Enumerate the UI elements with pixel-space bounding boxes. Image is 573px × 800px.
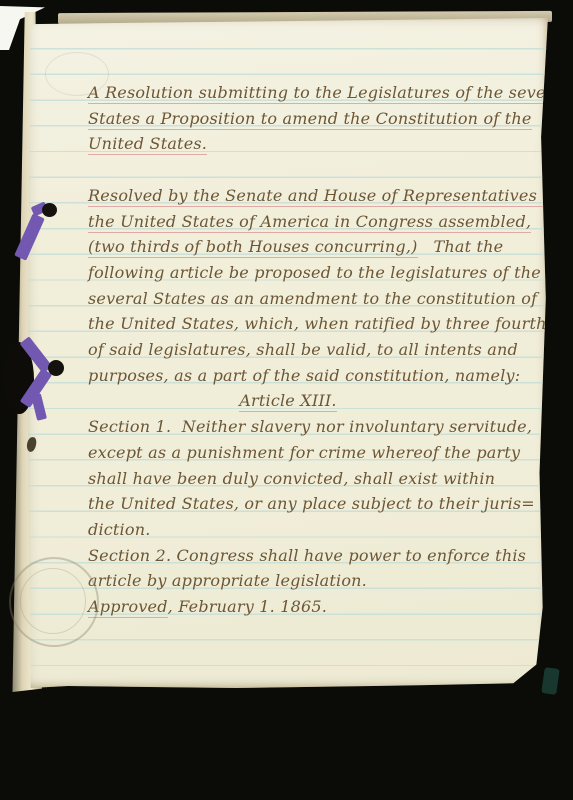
manuscript-line: several States as an amendment to the co…: [88, 287, 546, 311]
handwriting: except as a punishment for crime whereof…: [88, 443, 520, 462]
handwriting: following article be proposed to the leg…: [88, 263, 541, 282]
red-underlined-handwriting: Article XIII.: [239, 391, 336, 412]
manuscript-line: Section 1. Neither slavery nor involunta…: [88, 415, 546, 439]
manuscript-line: States a Proposition to amend the Consti…: [88, 107, 546, 131]
ribbon-fastener-top: [18, 198, 66, 264]
handwriting: Section 2. Congress shall have power to …: [88, 546, 526, 565]
handwriting: article by appropriate legislation.: [88, 571, 367, 590]
handwriting: the United States, which, when ratified …: [88, 314, 555, 333]
manuscript-line: following article be proposed to the leg…: [88, 261, 546, 285]
manuscript-line: Article XIII.: [26, 389, 550, 413]
handwriting: of said legislatures, shall be valid, to…: [88, 340, 518, 359]
handwriting: That the: [418, 237, 504, 256]
red-underlined-handwriting: the United States of America in Congress…: [88, 212, 531, 233]
handwriting: shall have been duly convicted, shall ex…: [88, 469, 495, 488]
manuscript-line: the United States of America in Congress…: [88, 210, 546, 234]
manuscript-line: diction.: [88, 518, 546, 542]
handwriting: , February 1. 1865.: [168, 597, 327, 616]
manuscript-line: of said legislatures, shall be valid, to…: [88, 338, 546, 362]
red-underlined-handwriting: (two thirds of both Houses concurring,): [88, 237, 418, 258]
handwriting: purposes, as a part of the said constitu…: [88, 366, 520, 385]
handwriting: several States as an amendment to the co…: [88, 289, 537, 308]
scanner-artifact: [541, 667, 559, 695]
manuscript-line: (two thirds of both Houses concurring,) …: [88, 235, 546, 259]
manuscript-line: the United States, which, when ratified …: [88, 312, 546, 336]
manuscript-line: purposes, as a part of the said constitu…: [88, 364, 546, 388]
red-underlined-handwriting: Resolved by the Senate and House of Repr…: [88, 186, 558, 207]
manuscript-line: except as a punishment for crime whereof…: [88, 441, 546, 465]
grommet-icon: [48, 360, 64, 376]
red-underlined-handwriting: States a Proposition to amend the Consti…: [88, 109, 532, 130]
ribbon-icon: [31, 393, 47, 421]
red-underlined-handwriting: A Resolution submitting to the Legislatu…: [88, 83, 569, 104]
manuscript-line: Section 2. Congress shall have power to …: [88, 544, 546, 568]
red-underlined-handwriting: United States.: [88, 134, 207, 155]
scanned-document-view: A Resolution submitting to the Legislatu…: [0, 0, 573, 800]
ribbon-icon: [14, 213, 45, 260]
manuscript-line: the United States, or any place subject …: [88, 492, 546, 516]
grommet-icon: [42, 203, 57, 217]
manuscript-line: Approved, February 1. 1865.: [88, 595, 546, 619]
ribbon-fastener-bottom: [2, 328, 82, 422]
manuscript-page: A Resolution submitting to the Legislatu…: [26, 16, 550, 688]
manuscript-line: article by appropriate legislation.: [88, 569, 546, 593]
manuscript-line: shall have been duly convicted, shall ex…: [88, 467, 546, 491]
red-underlined-handwriting: Approved: [88, 597, 168, 618]
manuscript-line: United States.: [88, 132, 546, 156]
handwriting: diction.: [88, 520, 151, 539]
handwriting: Section 1. Neither slavery nor involunta…: [88, 417, 532, 436]
manuscript-line: Resolved by the Senate and House of Repr…: [88, 184, 546, 208]
manuscript-line: A Resolution submitting to the Legislatu…: [88, 81, 546, 105]
handwriting: the United States, or any place subject …: [88, 494, 535, 513]
